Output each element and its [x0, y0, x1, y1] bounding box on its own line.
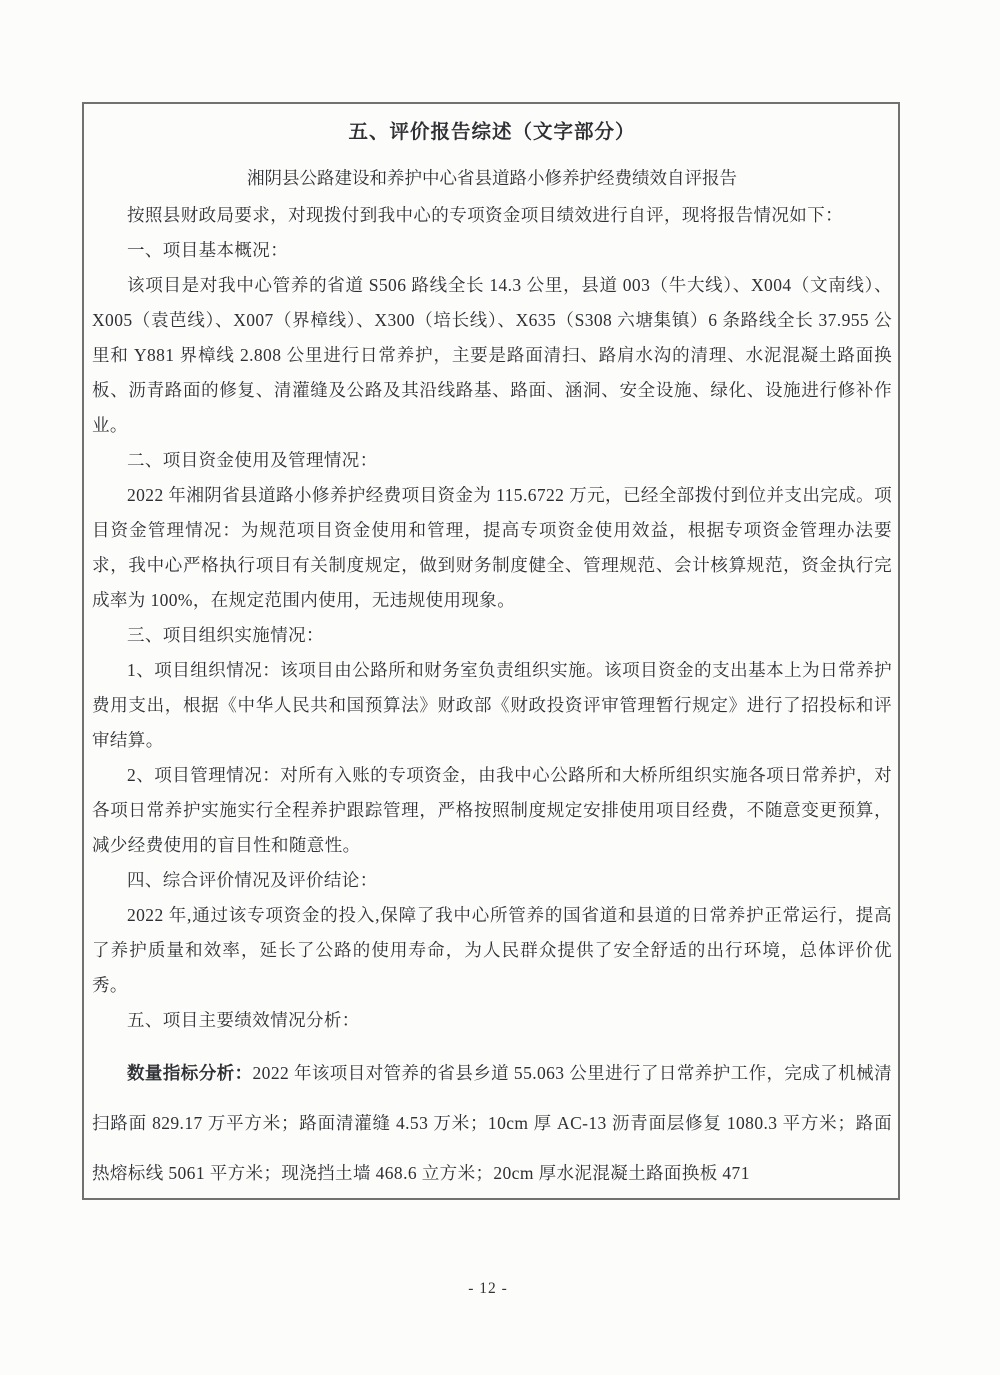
quantity-analysis-lead: 数量指标分析：: [127, 1063, 253, 1083]
report-text-frame: 五、评价报告综述（文字部分） 湘阴县公路建设和养护中心省县道路小修养护经费绩效自…: [82, 102, 900, 1200]
heading-project-overview: 一、项目基本概况：: [92, 233, 892, 268]
section-heading: 五、评价报告综述（文字部分）: [92, 118, 892, 148]
paragraph-fund-management: 2022 年湘阴省县道路小修养护经费项目资金为 115.6722 万元，已经全部…: [92, 478, 892, 618]
heading-performance-analysis: 五、项目主要绩效情况分析：: [92, 1003, 892, 1038]
paragraph-management: 2、项目管理情况：对所有入账的专项资金，由我中心公路所和大桥所组织实施各项日常养…: [92, 758, 892, 863]
paragraph-organization: 1、项目组织情况：该项目由公路所和财务室负责组织实施。该项目资金的支出基本上为日…: [92, 653, 892, 758]
heading-fund-management: 二、项目资金使用及管理情况：: [92, 443, 892, 478]
paragraph-quantity-analysis: 数量指标分析：2022 年该项目对管养的省县乡道 55.063 公里进行了日常养…: [92, 1048, 892, 1198]
page-number: - 12 -: [0, 1280, 976, 1298]
report-title: 湘阴县公路建设和养护中心省县道路小修养护经费绩效自评报告: [92, 164, 892, 192]
paragraph-project-overview: 该项目是对我中心管养的省道 S506 路线全长 14.3 公里，县道 003（牛…: [92, 268, 892, 443]
paragraph-conclusion: 2022 年,通过该专项资金的投入,保障了我中心所管养的国省道和县道的日常养护正…: [92, 898, 892, 1003]
report-content: 五、评价报告综述（文字部分） 湘阴县公路建设和养护中心省县道路小修养护经费绩效自…: [84, 104, 898, 1198]
scanned-document-page: 五、评价报告综述（文字部分） 湘阴县公路建设和养护中心省县道路小修养护经费绩效自…: [0, 0, 1000, 1375]
intro-paragraph: 按照县财政局要求，对现拨付到我中心的专项资金项目绩效进行自评，现将报告情况如下：: [92, 198, 892, 233]
heading-evaluation-conclusion: 四、综合评价情况及评价结论：: [92, 863, 892, 898]
heading-implementation: 三、项目组织实施情况：: [92, 618, 892, 653]
